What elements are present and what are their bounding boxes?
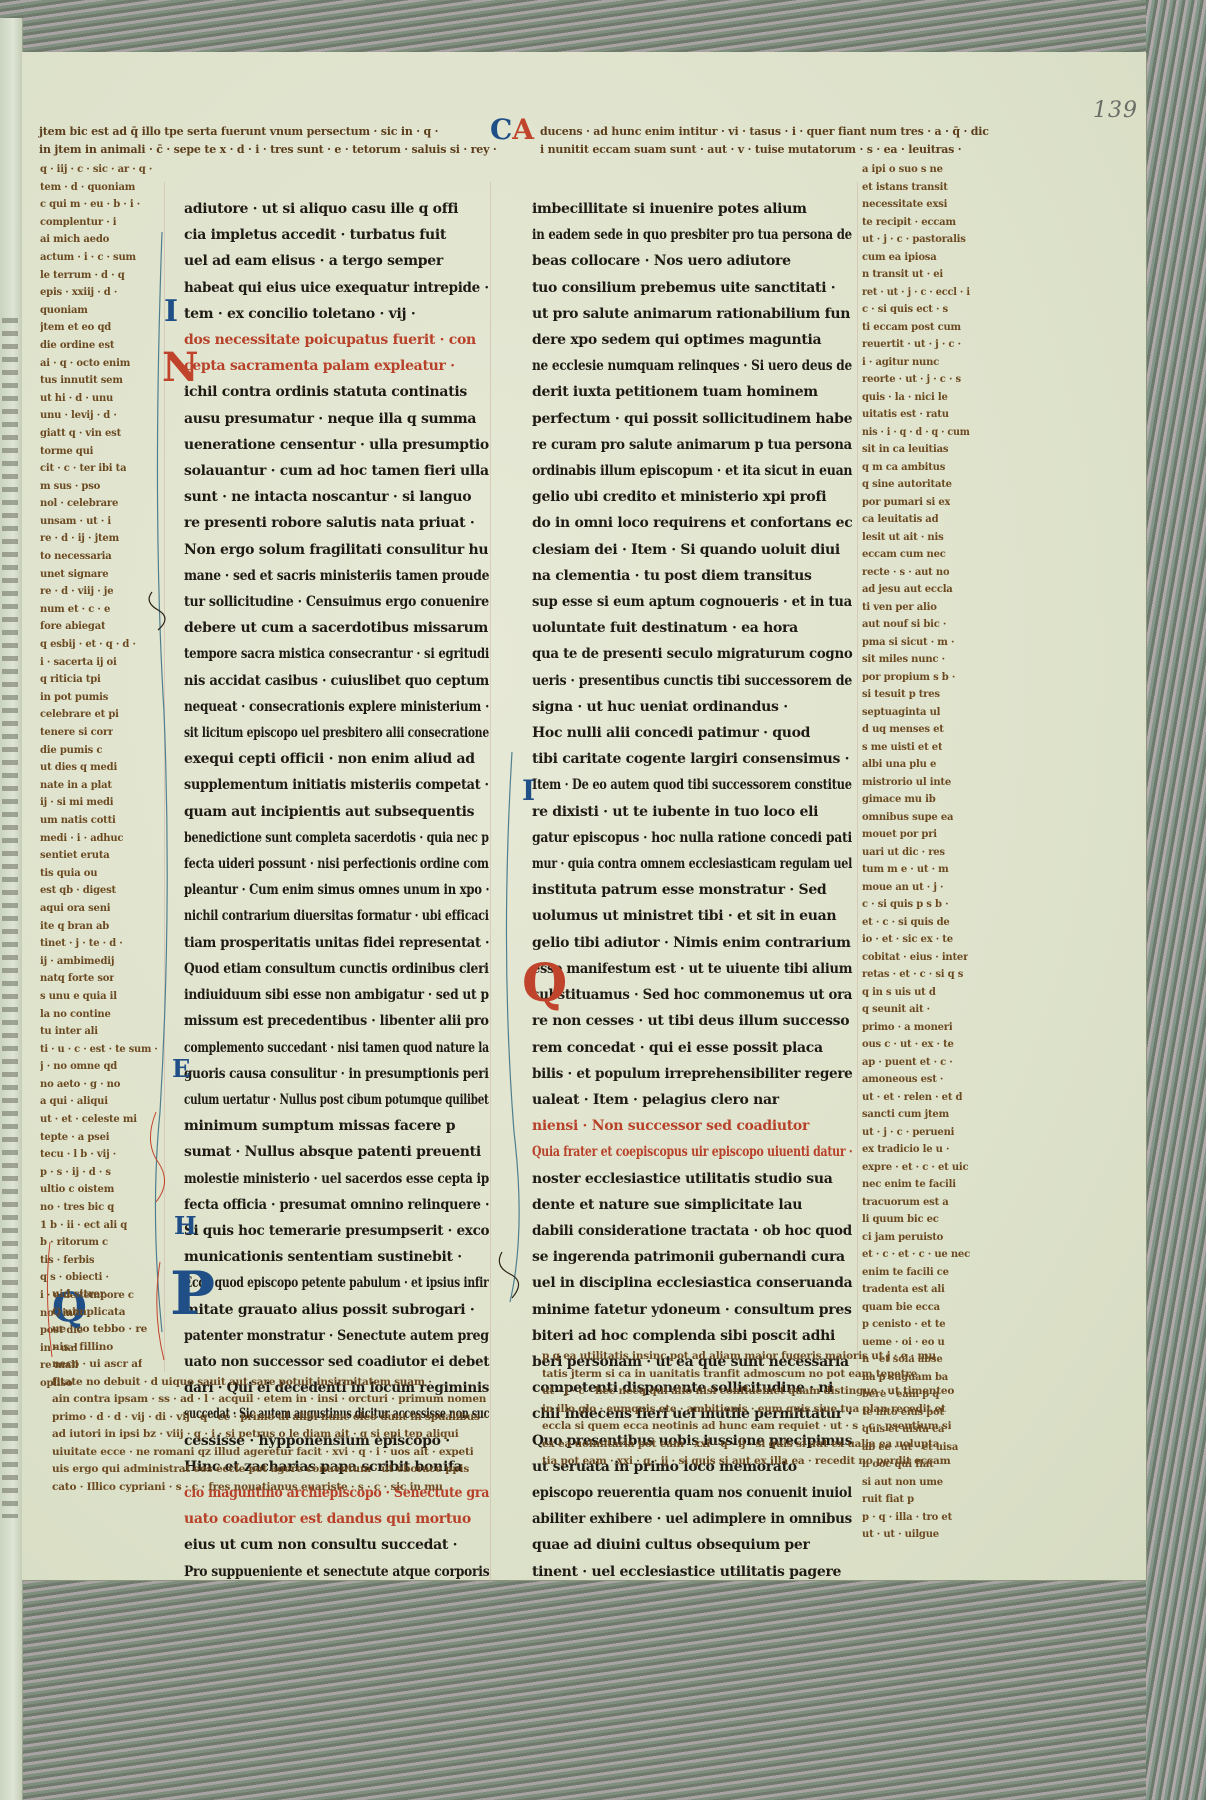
gloss-line: aut nouf si bic · — [862, 616, 946, 634]
ruling-right-frame — [857, 182, 858, 1372]
gloss-line: s me uisti et et — [862, 739, 942, 757]
gloss-line: eccla si quem ecca neotinis ad hunc eam … — [542, 1418, 951, 1436]
right-gloss-column: a ipi o suo s neet istans transitnecessi… — [862, 161, 970, 1544]
main-text-line: fecta officia · presumat omnino relinque… — [184, 1192, 489, 1218]
main-text-line: sunt · ne intacta noscantur · si languo — [184, 484, 471, 510]
gloss-line: por pumari si ex — [862, 494, 950, 512]
gloss-line: le terrum · d · q — [40, 267, 125, 285]
gloss-line: tecu · l b · vij · — [40, 1146, 116, 1164]
gloss-line: expre · et · c · et uic — [862, 1159, 968, 1177]
bottom-gloss-left: uid sitrerQ uimplicataue · co tebbo · re… — [52, 1286, 522, 1496]
gloss-line: albi una plu e — [862, 756, 936, 774]
gloss-line: si tesuit p tres — [862, 686, 940, 704]
gloss-line: cit · c · ter ibi ta — [40, 460, 126, 478]
main-text-line: clesiam dei · Item · Si quando uoluit di… — [532, 537, 840, 563]
gloss-line: omnibus supe ea — [862, 809, 953, 827]
top-gloss-line: ducens · ad hunc enim intitur · vi · tas… — [540, 123, 989, 141]
main-text-line: nequeat · consecrationis explere ministe… — [184, 694, 489, 720]
gloss-line: Q uimplicata — [52, 1304, 125, 1322]
gloss-line: j · no omne qd — [40, 1058, 117, 1076]
gloss-line: sancti cum jtem — [862, 1106, 949, 1124]
penwork-flourish-middle — [492, 752, 532, 1312]
gloss-line: torme qui — [40, 443, 93, 461]
gloss-line: est qb · digest — [40, 882, 116, 900]
gloss-line: p q ea utilitatis insinc pot ad aliam ma… — [542, 1348, 936, 1366]
main-text-line: qua te de presenti seculo migraturum cog… — [532, 641, 852, 667]
gloss-line: die pumis c — [40, 742, 102, 760]
main-text-line: tem · ex concilio toletano · vij · — [184, 301, 415, 327]
main-text-line: gatur episcopus · hoc nulla ratione conc… — [532, 825, 852, 851]
main-text-line: dabili consideratione tractata · ob hoc … — [532, 1218, 852, 1244]
gloss-line: tradenta est ali — [862, 1281, 945, 1299]
main-text-line: nis accidat casibus · cuiuslibet quo cep… — [184, 668, 489, 694]
main-text-line: nichil contrarium diuersitas formatur · … — [184, 903, 489, 929]
gloss-line: ain contra ipsam · ss · ad · l · acquil … — [52, 1391, 486, 1409]
gloss-line: c qui m · eu · b · i · — [40, 196, 140, 214]
main-text-line: uato coadiutor est dandus qui mortuo — [184, 1506, 471, 1532]
gloss-line: reorte · ut · j · c · s — [862, 371, 961, 389]
main-text-line: bilis · et populum irreprehensibiliter r… — [532, 1061, 852, 1087]
gloss-line: ret · ut · j · c · eccl · i — [862, 284, 970, 302]
main-text-line: pleantur · Cum enim simus omnes unum in … — [184, 877, 489, 903]
top-gloss-left: jtem bic est ad q̄ illo tpe serta fuerun… — [39, 123, 497, 159]
gloss-line: retas · et · c · si q s — [862, 966, 963, 984]
main-text-line: cepta sacramenta palam expleatur · — [184, 353, 455, 379]
main-text-line: instituta patrum esse monstratur · Sed — [532, 877, 826, 903]
main-text-line: supplementum initiatis misteriis competa… — [184, 772, 489, 798]
gloss-line: re · d · viij · je — [40, 583, 113, 601]
main-text-line: perfectum · qui possit sollicitudinem ha… — [532, 406, 852, 432]
gloss-line: p · s · ij · d · s — [40, 1164, 111, 1182]
main-text-line: tur sollicitudine · Censuimus ergo conue… — [184, 589, 489, 615]
gloss-line: p · q · illa · tro et — [862, 1509, 952, 1527]
main-text-line: re non cesses · ut tibi deus illum succe… — [532, 1008, 849, 1034]
gloss-line: ci jam peruisto — [862, 1229, 943, 1247]
gloss-line: cato · Illico cypriani · s · c · fres no… — [52, 1479, 443, 1497]
gloss-line: in pot pumis — [40, 689, 108, 707]
main-text-line: indiuiduum sibi esse non ambigatur · sed… — [184, 982, 489, 1008]
gloss-line: nec enim te facili — [862, 1176, 956, 1194]
main-text-line: tiam prosperitatis unitas fidei represen… — [184, 930, 489, 956]
main-text-line: molestie ministerio · uel sacerdos esse … — [184, 1166, 489, 1192]
gloss-line: uari ut dic · res — [862, 844, 945, 862]
gloss-line: ruit fiat p — [862, 1491, 914, 1509]
gloss-line: ca leuitatis ad — [862, 511, 938, 529]
gloss-line: enim te facili ce — [862, 1264, 949, 1282]
gloss-line: s unu e quia il — [40, 988, 117, 1006]
gloss-line: jtem et eo qd — [40, 319, 111, 337]
gloss-line: lesit ut ait · nis — [862, 529, 944, 547]
main-text-line: habeat qui eius uice exequatur intrepide… — [184, 275, 489, 301]
main-text-line: in eadem sede in quo presbiter pro tua p… — [532, 222, 852, 248]
gloss-line: a qui · aliqui — [40, 1093, 108, 1111]
gloss-line: te recipit · eccam — [862, 214, 956, 232]
gloss-line: unet signare — [40, 566, 108, 584]
gloss-line: ultio c oistem — [40, 1181, 114, 1199]
gloss-line: complentur · i — [40, 214, 116, 232]
gloss-line: nis · i · q · d · q · cum — [862, 424, 970, 442]
main-text-line: noster ecclesiastice utilitatis studio s… — [532, 1166, 833, 1192]
main-text-line: cia impletus accedit · turbatus fuit — [184, 222, 446, 248]
gloss-line: a ipi o suo s ne — [862, 161, 943, 179]
gloss-line: no aeto · g · no — [40, 1076, 120, 1094]
main-text-line: niensi · Non successor sed coadiutor — [532, 1113, 809, 1139]
gloss-line: ue · co tebbo · re — [52, 1321, 147, 1339]
main-text-line: sit licitum episcopo uel presbitero alii… — [184, 720, 489, 746]
gloss-line: ut · j · c · hec necq qui alio nisi conf… — [542, 1383, 954, 1401]
gloss-line: q sine autoritate — [862, 476, 952, 494]
main-text-line: se ingerenda patrimonii gubernandi cura — [532, 1244, 845, 1270]
gloss-line: unsam · ut · i — [40, 513, 111, 531]
gloss-line: m sus · pso — [40, 478, 100, 496]
gloss-line: q riticia tpi — [40, 671, 101, 689]
gloss-line: ti · u · c · est · te sum · — [40, 1041, 158, 1059]
gloss-line: q m ca ambitus — [862, 459, 945, 477]
gloss-line: cum ea ipiosa — [862, 249, 937, 267]
gloss-line: pma si sicut · m · — [862, 634, 954, 652]
gloss-line: eccam cum nec — [862, 546, 946, 564]
gloss-line: necessitate exsi — [862, 196, 947, 214]
main-text-line: gelio ubi credito et ministerio xpi prof… — [532, 484, 826, 510]
gloss-line: amoneous est · — [862, 1071, 943, 1089]
main-text-line: minimum sumptum missas facere p — [184, 1113, 455, 1139]
gloss-line: primo · a moneri — [862, 1019, 952, 1037]
main-text-line: ut pro salute animarum rationabilium fun — [532, 301, 850, 327]
main-text-line: Quod etiam consultum cunctis ordinibus c… — [184, 956, 489, 982]
gloss-line: re · d · ij · jtem — [40, 530, 119, 548]
main-text-line: ichil contra ordinis statuta continatis — [184, 379, 467, 405]
main-text-line: guoris causa consulitur · in presumption… — [184, 1061, 489, 1087]
main-text-line: eius ut cum non consultu succedat · — [184, 1532, 457, 1558]
gloss-line: tepte · a psei — [40, 1129, 109, 1147]
gloss-line: mistrorio ul inte — [862, 774, 951, 792]
gloss-line: septuaginta ul — [862, 704, 940, 722]
main-text-line: culum uertatur · Nullus post cibum potum… — [184, 1087, 489, 1113]
main-text-line: signa · ut huc ueniat ordinandus · — [532, 694, 788, 720]
main-text-line: dente et nature sue simplicitate lau — [532, 1192, 802, 1218]
penwork-flourish-left — [142, 212, 182, 1352]
gloss-line: cobitat · eius · inter — [862, 949, 968, 967]
gloss-line: ut · ut · uilgue — [862, 1526, 939, 1544]
gloss-line: medi · i · adhuc — [40, 830, 123, 848]
main-text-line: uel ad eam elisus · a tergo semper — [184, 248, 443, 274]
top-gloss-line: in jtem in animali · c̄ · sepe te x · d … — [39, 141, 497, 159]
main-text-line: uel in disciplina ecclesiastica conserua… — [532, 1270, 852, 1296]
top-gloss-line: jtem bic est ad q̄ illo tpe serta fuerun… — [39, 123, 497, 141]
main-text-line: Pro suppueniente et senectute atque corp… — [184, 1559, 489, 1585]
gloss-line: um natis cotti — [40, 812, 116, 830]
gloss-line: c · si quis p s b · — [862, 896, 948, 914]
gloss-line: q esbij · et · q · d · — [40, 636, 136, 654]
gloss-line: i · sacerta ij oi — [40, 654, 117, 672]
gloss-line: tenere si corr — [40, 724, 113, 742]
main-text-line: substituamus · Sed hoc commonemus ut ora — [532, 982, 852, 1008]
gloss-line: gimace mu ib — [862, 791, 936, 809]
gloss-line: ai · q · octo enim — [40, 355, 130, 373]
gloss-line: quoniam — [40, 302, 88, 320]
gloss-line: primo · d · d · vij · di · vij · q · cc … — [52, 1409, 487, 1427]
gloss-line: neco · ui ascr af — [52, 1356, 142, 1374]
main-text-line: debere ut cum a sacerdotibus missarum — [184, 615, 488, 641]
main-text-line: biteri ad hoc complenda sibi poscit adhi — [532, 1323, 835, 1349]
gloss-line: ti eccam post cum — [862, 319, 961, 337]
gloss-line: to necessaria — [40, 548, 112, 566]
gloss-line: recte · s · aut no — [862, 564, 949, 582]
main-text-line: imbecillitate si inuenire potes alium — [532, 196, 807, 222]
gloss-line: p cenisto · et te — [862, 1316, 945, 1334]
main-text-line: tuo consilium prebemus uite sanctitati · — [532, 275, 835, 301]
main-text-line: Non ergo solum fragilitati consulitur hu — [184, 537, 488, 563]
fabric-backdrop-right — [1146, 0, 1206, 1800]
gloss-line: sit miles nunc · — [862, 651, 945, 669]
gloss-line: ut dies q medi — [40, 759, 117, 777]
left-gloss-column: q · iij · c · sic · ar · q ·tem · d · qu… — [40, 161, 158, 1393]
main-text-line: sumat · Nullus absque patenti preuenti — [184, 1139, 481, 1165]
main-text-line: dere xpo sedem qui optimes maguntia — [532, 327, 821, 353]
main-text-line: tinent · uel ecclesiastice utilitatis pa… — [532, 1559, 841, 1585]
main-text-line: do in omni loco requirens et confortans … — [532, 510, 852, 536]
main-text-line: Hoc nulli alii concedi patimur · quod — [532, 720, 810, 746]
gloss-line: nis · fillino — [52, 1339, 113, 1357]
gloss-line: epis · xxiij · d · — [40, 284, 117, 302]
gloss-line: ij · si mi medi — [40, 794, 113, 812]
gloss-line: tus innutit sem — [40, 372, 123, 390]
previous-leaf-edge — [0, 18, 23, 1800]
gloss-line: sentiet eruta — [40, 847, 110, 865]
main-text-line: Quia frater et coepiscopus uir episcopo … — [532, 1139, 852, 1165]
main-text-line: tempore sacra mistica consecrantur · si … — [184, 641, 489, 667]
gloss-line: por propium s b · — [862, 669, 955, 687]
gloss-line: i · agitur nunc — [862, 354, 939, 372]
folio-number: 139 — [1093, 98, 1138, 123]
main-text-line: re curam pro salute animarum p tua perso… — [532, 432, 852, 458]
gloss-line: tum m e · ut · m — [862, 861, 949, 879]
main-text-line: solauantur · cum ad hoc tamen fieri ulla — [184, 458, 489, 484]
gloss-line: quam bie ecca — [862, 1299, 940, 1317]
gloss-line: unu · levij · d · — [40, 407, 117, 425]
gloss-line: q seunit ait · — [862, 1001, 930, 1019]
bottom-gloss-right: p q ea utilitatis insinc pot ad aliam ma… — [542, 1348, 982, 1471]
gloss-line: nate in a plat — [40, 777, 112, 795]
gloss-line: ex ea uolmitaria pot eam · xxi · q · ij … — [542, 1436, 939, 1454]
main-text-line: ueneratione censentur · ulla presumptio — [184, 432, 489, 458]
gloss-line: ut · et · celeste mi — [40, 1111, 137, 1129]
main-text-line: tibi caritate cogente largiri consensimu… — [532, 746, 849, 772]
gloss-line: ai mich aedo — [40, 231, 109, 249]
main-text-line: missum est precedentibus · libenter alii… — [184, 1008, 489, 1034]
gloss-line: die ordine est — [40, 337, 114, 355]
gloss-line: num et · c · e — [40, 601, 110, 619]
gloss-line: uid sitrer — [52, 1286, 105, 1304]
main-text-line: minime fatetur ydoneum · consultum pres — [532, 1297, 852, 1323]
top-gloss-line: i nunitit eccam suam sunt · aut · v · tu… — [540, 141, 989, 159]
main-text-line: episcopo reuerentia quam nos conuenit in… — [532, 1480, 852, 1506]
gloss-line: quis · la · nici le — [862, 389, 948, 407]
gloss-line: q in s uis ut d — [862, 984, 936, 1002]
main-text-line: sup esse si eum aptum cognoueris · et in… — [532, 589, 852, 615]
gloss-line: sit in ca leuitias — [862, 441, 948, 459]
main-text-line: re presenti robore salutis nata priuat · — [184, 510, 474, 536]
gloss-line: d uq menses et — [862, 721, 944, 739]
main-text-line: ualeat · Item · pelagius clero nar — [532, 1087, 779, 1113]
main-text-line: fecta uideri possunt · nisi perfectionis… — [184, 851, 489, 877]
gloss-line: tatis jterm si ca in uanitatis tranfit a… — [542, 1366, 917, 1384]
main-text-line: uolumus ut ministret tibi · et sit in eu… — [532, 903, 836, 929]
main-text-line: adiutore · ut si aliquo casu ille q offi — [184, 196, 458, 222]
gloss-line: mouet por pri — [862, 826, 937, 844]
gloss-line: et istans transit — [862, 179, 948, 197]
gloss-line: ad jesu aut eccla — [862, 581, 953, 599]
gloss-line: q · iij · c · sic · ar · q · — [40, 161, 152, 179]
top-gloss-initial-ca: CA — [490, 116, 534, 144]
gloss-line: li quum bic ec — [862, 1211, 939, 1229]
gloss-line: si aut non ume — [862, 1474, 943, 1492]
gloss-line: ite q bran ab — [40, 918, 109, 936]
gloss-line: ad iutori in ipsi bz · viij · q · i · si… — [52, 1426, 459, 1444]
main-text-line: Si quis hoc temerarie presumpserit · exc… — [184, 1218, 489, 1244]
gloss-line: moue an ut · j · — [862, 879, 943, 897]
gloss-line: nol · celebrare — [40, 495, 118, 513]
gloss-line: celebrare et pi — [40, 706, 119, 724]
gloss-line: ex tradicio le u · — [862, 1141, 949, 1159]
gloss-line: tracuorum est a — [862, 1194, 949, 1212]
gloss-line: natq forte sor — [40, 970, 114, 988]
main-text-line: complemento succedant · nisi tamen quod … — [184, 1035, 489, 1061]
gloss-line: uitatis est · ratu — [862, 406, 949, 424]
gloss-line: ous c · ut · ex · te — [862, 1036, 954, 1054]
gloss-line: et · c · si quis de — [862, 914, 950, 932]
main-text-line: esse manifestum est · ut te uiuente tibi… — [532, 956, 852, 982]
gloss-line: uiuitate ecce · ne romani qz illud agere… — [52, 1444, 473, 1462]
gloss-line: actum · i · c · sum — [40, 249, 136, 267]
main-text-line: Item · De eo autem quod tibi successorem… — [532, 772, 852, 798]
main-text-line: gelio tibi adiutor · Nimis enim contrari… — [532, 930, 851, 956]
main-text-line: abiliter exhibere · uel adimplere in omn… — [532, 1506, 852, 1532]
previous-leaf-text-stubs — [2, 318, 18, 1518]
main-text-line: ausu presumatur · neque illa q summa — [184, 406, 476, 432]
gloss-line: io · et · sic ex · te — [862, 931, 953, 949]
main-text-line: benedictione sunt completa sacerdotis · … — [184, 825, 489, 851]
main-text-line: exequi cepti officii · non enim aliud ad — [184, 746, 475, 772]
gloss-line: uis ergo qui administrat eos eccle pot a… — [52, 1461, 469, 1479]
gloss-line: ut · j · c · perueni — [862, 1124, 954, 1142]
main-text-line: uoluntate fuit destinatum · ea hora — [532, 615, 798, 641]
main-text-line: mane · sed et sacris ministeriis tamen p… — [184, 563, 489, 589]
gloss-line: no · tres bic q — [40, 1199, 114, 1217]
gloss-line: ti ven per alio — [862, 599, 937, 617]
gloss-line: giatt q · vin est — [40, 425, 121, 443]
gloss-line: ut · j · c · pastoralis — [862, 231, 966, 249]
gloss-line: la no contine — [40, 1006, 111, 1024]
gloss-line: c · si quis ect · s — [862, 301, 948, 319]
gloss-line: tis quia ou — [40, 865, 97, 883]
main-text-line: mur · quia contra omnem ecclesiasticam r… — [532, 851, 852, 877]
gloss-line: ap · puent et · c · — [862, 1054, 953, 1072]
gloss-line: fitate no debuit · d uiquo sauit aut sar… — [52, 1374, 432, 1392]
manuscript-page: 139 jtem bic est ad q̄ illo tpe serta fu… — [22, 52, 1146, 1580]
gloss-line: in illo glo · eumquis ete · ambitionis ·… — [542, 1401, 946, 1419]
main-text-line: rem concedat · qui ei esse possit placa — [532, 1035, 823, 1061]
top-gloss-right: ducens · ad hunc enim intitur · vi · tas… — [540, 123, 989, 159]
gloss-line: ij · ambimedij — [40, 953, 114, 971]
gloss-line: tu inter ali — [40, 1023, 98, 1041]
main-text-line: ordinabis illum episcopum · et ita sicut… — [532, 458, 852, 484]
main-text-line: re dixisti · ut te iubente in tuo loco e… — [532, 799, 818, 825]
main-text-line: derit iuxta petitionem tuam hominem — [532, 379, 818, 405]
gloss-line: tia pot eam · xxi · q · ij · si quis si … — [542, 1453, 951, 1471]
main-text-line: ne ecclesie numquam relinques · Si uero … — [532, 353, 852, 379]
main-text-line: beas collocare · Nos uero adiutore — [532, 248, 791, 274]
gloss-line: tinet · j · te · d · — [40, 935, 123, 953]
gloss-line: ut hi · d · unu — [40, 390, 113, 408]
main-text-line: quae ad diuini cultus obsequium per — [532, 1532, 810, 1558]
main-text-line: na clementia · tu post diem transitus — [532, 563, 812, 589]
main-text-line: dos necessitate poicupatus fuerit · con — [184, 327, 476, 353]
gloss-line: tem · d · quoniam — [40, 179, 135, 197]
gloss-line: et · c · et · c · ue nec — [862, 1246, 970, 1264]
main-text-line: municationis sententiam sustinebit · — [184, 1244, 462, 1270]
main-text-line: ueris · presentibus cunctis tibi success… — [532, 668, 852, 694]
gloss-line: reuertit · ut · j · c · — [862, 336, 961, 354]
main-text-line: quam aut incipientis aut subsequentis — [184, 799, 474, 825]
gloss-line: fore abiegat — [40, 618, 105, 636]
gloss-line: aqui ora seni — [40, 900, 110, 918]
gloss-line: n transit ut · ei — [862, 266, 943, 284]
gloss-line: ut · et · relen · et d — [862, 1089, 962, 1107]
